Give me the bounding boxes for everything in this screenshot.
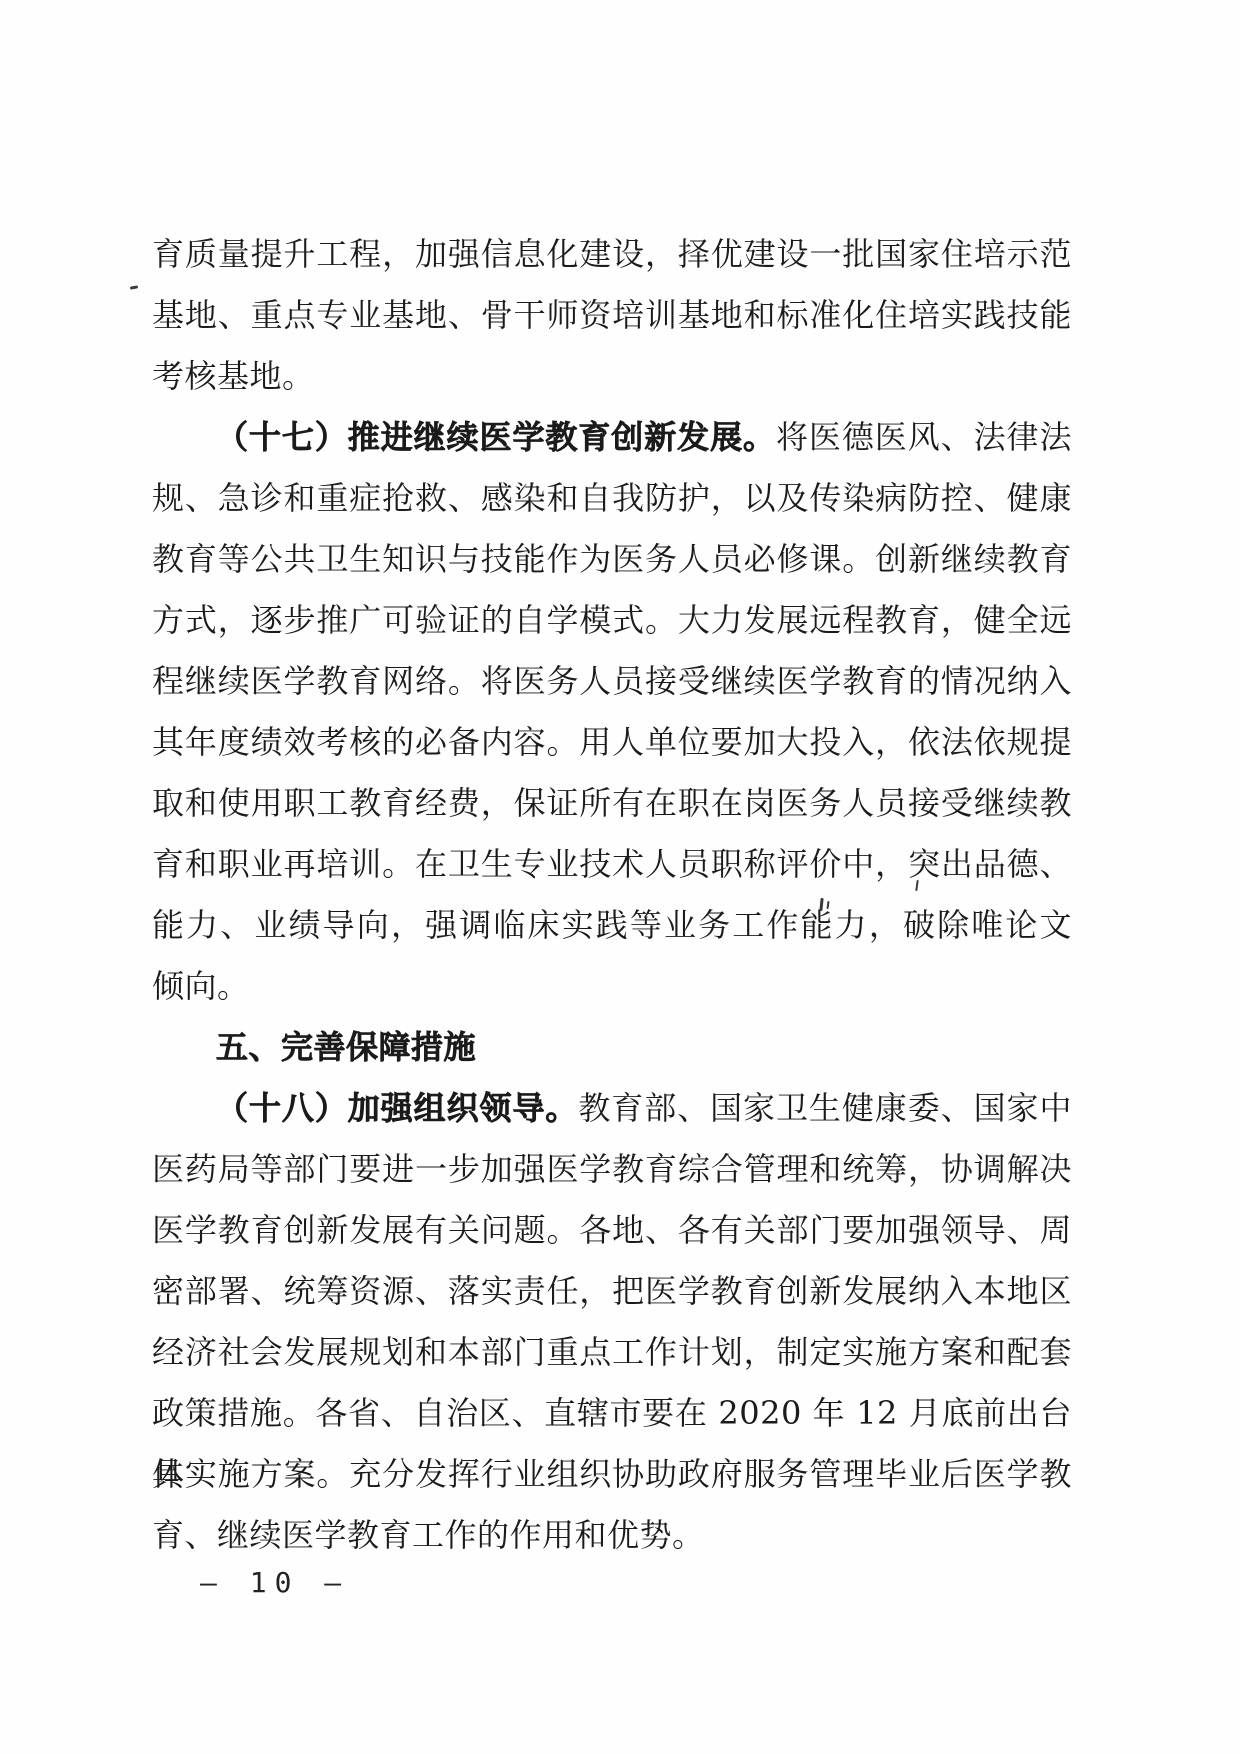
text-line: 规、急诊和重症抢救、感染和自我防护，以及传染病防控、健康 — [152, 468, 1072, 529]
text-segment: 其年度绩效考核的必备内容。用人单位要加大投入，依法依规提 — [152, 723, 1072, 761]
page-number: — 10 — — [200, 1566, 349, 1599]
text-line: 考核基地。 — [152, 346, 1072, 407]
text-line: 体实施方案。充分发挥行业组织协助政府服务管理毕业后医学教 — [152, 1444, 1072, 1505]
text-line: 教育等公共卫生知识与技能作为医务人员必修课。创新继续教育 — [152, 529, 1072, 590]
text-line: 基地、重点专业基地、骨干师资培训基地和标准化住培实践技能 — [152, 285, 1072, 346]
text-segment: 教育等公共卫生知识与技能作为医务人员必修课。创新继续教育 — [152, 540, 1072, 578]
text-line: 医学教育创新发展有关问题。各地、各有关部门要加强领导、周 — [152, 1200, 1072, 1261]
text-line: 育、继续医学教育工作的作用和优势。 — [152, 1505, 1072, 1566]
text-segment: 将医德医风、法律法 — [776, 418, 1072, 456]
text-segment: 能力、业绩导向，强调临床实践等业务工作能力，破除唯论文 — [152, 906, 1072, 944]
text-line: 五、完善保障措施 — [152, 1017, 1072, 1078]
bold-text-segment: 五、完善保障措施 — [216, 1028, 476, 1066]
text-segment: 育、继续医学教育工作的作用和优势。 — [152, 1516, 705, 1554]
text-segment: 育质量提升工程，加强信息化建设，择优建设一批国家住培示范 — [152, 235, 1072, 273]
text-line: 方式，逐步推广可验证的自学模式。大力发展远程教育，健全远 — [152, 590, 1072, 651]
text-segment: 经济社会发展规划和本部门重点工作计划，制定实施方案和配套 — [152, 1333, 1072, 1371]
text-line: 其年度绩效考核的必备内容。用人单位要加大投入，依法依规提 — [152, 712, 1072, 773]
document-text: 育质量提升工程，加强信息化建设，择优建设一批国家住培示范基地、重点专业基地、骨干… — [152, 224, 1072, 1566]
text-line: 取和使用职工教育经费，保证所有在职在岗医务人员接受继续教 — [152, 773, 1072, 834]
text-line: 政策措施。各省、自治区、直辖市要在 2020 年 12 月底前出台具 — [152, 1383, 1072, 1444]
text-line: （十七）推进继续医学教育创新发展。将医德医风、法律法 — [152, 407, 1072, 468]
text-segment: 育和职业再培训。在卫生专业技术人员职称评价中，突出品德、 — [152, 845, 1072, 883]
text-segment: 倾向。 — [152, 967, 250, 1005]
text-line: 程继续医学教育网络。将医务人员接受继续医学教育的情况纳入 — [152, 651, 1072, 712]
text-line: 育和职业再培训。在卫生专业技术人员职称评价中，突出品德、 — [152, 834, 1072, 895]
text-segment: 体实施方案。充分发挥行业组织协助政府服务管理毕业后医学教 — [152, 1455, 1072, 1493]
text-line: 倾向。 — [152, 956, 1072, 1017]
text-line: 经济社会发展规划和本部门重点工作计划，制定实施方案和配套 — [152, 1322, 1072, 1383]
text-segment: 教育部、国家卫生健康委、国家中 — [578, 1089, 1072, 1127]
text-line: 能力、业绩导向，强调临床实践等业务工作能力，破除唯论文 — [152, 895, 1072, 956]
text-segment: 医学教育创新发展有关问题。各地、各有关部门要加强领导、周 — [152, 1211, 1072, 1249]
text-segment: 医药局等部门要进一步加强医学教育综合管理和统筹，协调解决 — [152, 1150, 1072, 1188]
text-line: 医药局等部门要进一步加强医学教育综合管理和统筹，协调解决 — [152, 1139, 1072, 1200]
text-segment: 取和使用职工教育经费，保证所有在职在岗医务人员接受继续教 — [152, 784, 1072, 822]
bold-text-segment: （十八）加强组织领导。 — [216, 1089, 578, 1127]
text-segment: 基地、重点专业基地、骨干师资培训基地和标准化住培实践技能 — [152, 296, 1072, 334]
text-segment: 考核基地。 — [152, 357, 315, 395]
text-line: （十八）加强组织领导。教育部、国家卫生健康委、国家中 — [152, 1078, 1072, 1139]
text-segment: 规、急诊和重症抢救、感染和自我防护，以及传染病防控、健康 — [152, 479, 1072, 517]
text-segment: 密部署、统筹资源、落实责任，把医学教育创新发展纳入本地区 — [152, 1272, 1072, 1310]
scan-artifact — [130, 285, 138, 289]
text-line: 育质量提升工程，加强信息化建设，择优建设一批国家住培示范 — [152, 224, 1072, 285]
text-segment: 程继续医学教育网络。将医务人员接受继续医学教育的情况纳入 — [152, 662, 1072, 700]
scanned-page: 育质量提升工程，加强信息化建设，择优建设一批国家住培示范基地、重点专业基地、骨干… — [0, 0, 1240, 1754]
bold-text-segment: （十七）推进继续医学教育创新发展。 — [216, 418, 776, 456]
text-segment: 方式，逐步推广可验证的自学模式。大力发展远程教育，健全远 — [152, 601, 1072, 639]
text-line: 密部署、统筹资源、落实责任，把医学教育创新发展纳入本地区 — [152, 1261, 1072, 1322]
